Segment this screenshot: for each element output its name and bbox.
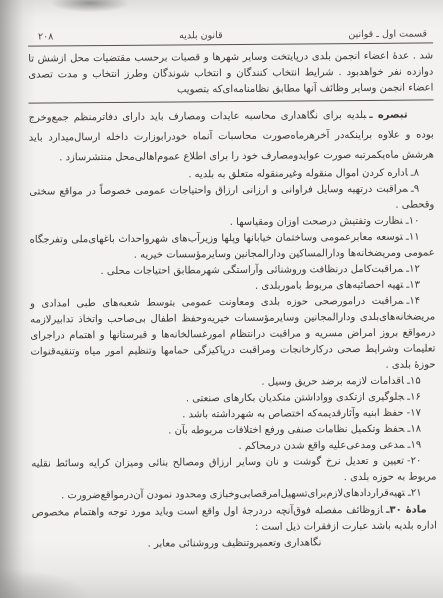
- item-number: ۱۸ـ: [407, 424, 421, 435]
- item-number: ۱۰ـ: [406, 216, 420, 227]
- item-number: ۱۲ـ: [406, 264, 420, 275]
- item-number: ۱۵ـ: [407, 376, 421, 387]
- list-item-14: ۱۴ـمراقبت درامورصحی حوزه بلدی ومعاونت عم…: [30, 293, 436, 376]
- section-label: قسمت اول ـ قوانین: [348, 28, 427, 40]
- item-number: ۲۱ـ: [408, 488, 422, 499]
- item-text: مدعی ومدعی‌علیه واقع شدن درمحاکم .: [238, 440, 404, 452]
- item-text: مراقبت‌کامل درنظافت وروشنائی وآراستگی شه…: [100, 264, 403, 277]
- item-number: ۸ـ: [411, 168, 419, 179]
- list-item-9: ۹ـمراقبت درتهیه وسایل فراوانی و ارزانی ا…: [29, 181, 434, 216]
- article-30-paragraph: مادهٔ ۳۰ـازوظائف مفصله فوق‌آنچه دردرجهٔ …: [32, 502, 437, 537]
- page-content: قسمت اول ـ قوانین قانون بلدیه ۲۰۸ شد . ع…: [28, 28, 437, 553]
- item-number: ۱۴ـ: [406, 296, 420, 307]
- item-text: اقدامات لازمه برضد حریق وسیل .: [261, 376, 404, 388]
- item-number: ۱۳ـ: [406, 280, 420, 291]
- page-number: ۲۰۸: [38, 31, 53, 42]
- list-item-11: ۱۱ـتوسعه معابرعمومی وساختمان خیابانها وپ…: [30, 229, 435, 264]
- item-text: توسعه معابرعمومی وساختمان خیابانها وپلها…: [30, 232, 435, 261]
- item-text: حفظ وتکمیل نظامات صنفی ورفع اختلافات مرب…: [168, 424, 404, 437]
- list-item-20: ۲۰-تعیین و تعدیل نرخ گوشت و نان وسایر ار…: [31, 453, 436, 488]
- note-paragraph: تبصره ـبلدیه برای نگاهداری محاسبه عایدات…: [29, 105, 434, 168]
- item-number: ۱۹ـ: [407, 440, 421, 451]
- item-text: تعیین و تعدیل نرخ گوشت و نان وسایر ارزاق…: [31, 456, 436, 483]
- article-label: مادهٔ ۳۰ـ: [386, 504, 427, 515]
- article-text: ازوظائف مفصله فوق‌آنچه دردرجهٔ اول واقع …: [32, 505, 437, 533]
- item-text: تهیه‌قراردادهای‌لازم‌برای‌تسهیل‌امرقصابی…: [61, 488, 405, 502]
- item-number: ۹ـ: [411, 184, 419, 195]
- item-number: ۱۱ـ: [406, 232, 420, 243]
- item-number: ۱۷-: [407, 408, 421, 419]
- closing-line: نگاهداری وتعمیروتنظیف وروشنائی معابر .: [32, 534, 437, 553]
- body-text: شد . عدهٔ اعضاء انجمن بلدی درپایتخت وسای…: [28, 48, 437, 553]
- section-rule: [29, 99, 434, 103]
- item-text: حفظ ابنیه وآثارقدیمه‌که اختصاص به شهرداش…: [182, 408, 403, 421]
- item-text: نظارت وتفتیش درصحت اوزان ومقیاسها .: [230, 216, 403, 228]
- item-text: مراقبت درتهیه وسایل فراوانی و ارزانی ارز…: [29, 184, 434, 211]
- item-text: مراقبت درامورصحی حوزه بلدی ومعاونت عمومی…: [30, 296, 436, 371]
- item-number: ۱۶ـ: [407, 392, 421, 403]
- page-title: قانون بلدیه: [179, 30, 223, 41]
- note-label: تبصره ـ: [369, 110, 407, 121]
- intro-paragraph: شد . عدهٔ اعضاء انجمن بلدی درپایتخت وسای…: [28, 48, 433, 99]
- item-text: تهیه احصائیه‌های مربوط باموربلدی .: [255, 280, 403, 292]
- item-text: جلوگیری ازتکدی وواداشتن متکدیان بکارهای …: [186, 392, 404, 405]
- list-item-21: ۲۱ـتهیه‌قراردادهای‌لازم‌برای‌تسهیل‌امرقص…: [32, 485, 437, 504]
- scanned-page: قسمت اول ـ قوانین قانون بلدیه ۲۰۸ شد . ع…: [0, 0, 443, 598]
- item-number: ۲۰-: [407, 456, 421, 467]
- item-text: اداره کردن اموال منقوله وغیرمنقوله متعلق…: [188, 168, 408, 181]
